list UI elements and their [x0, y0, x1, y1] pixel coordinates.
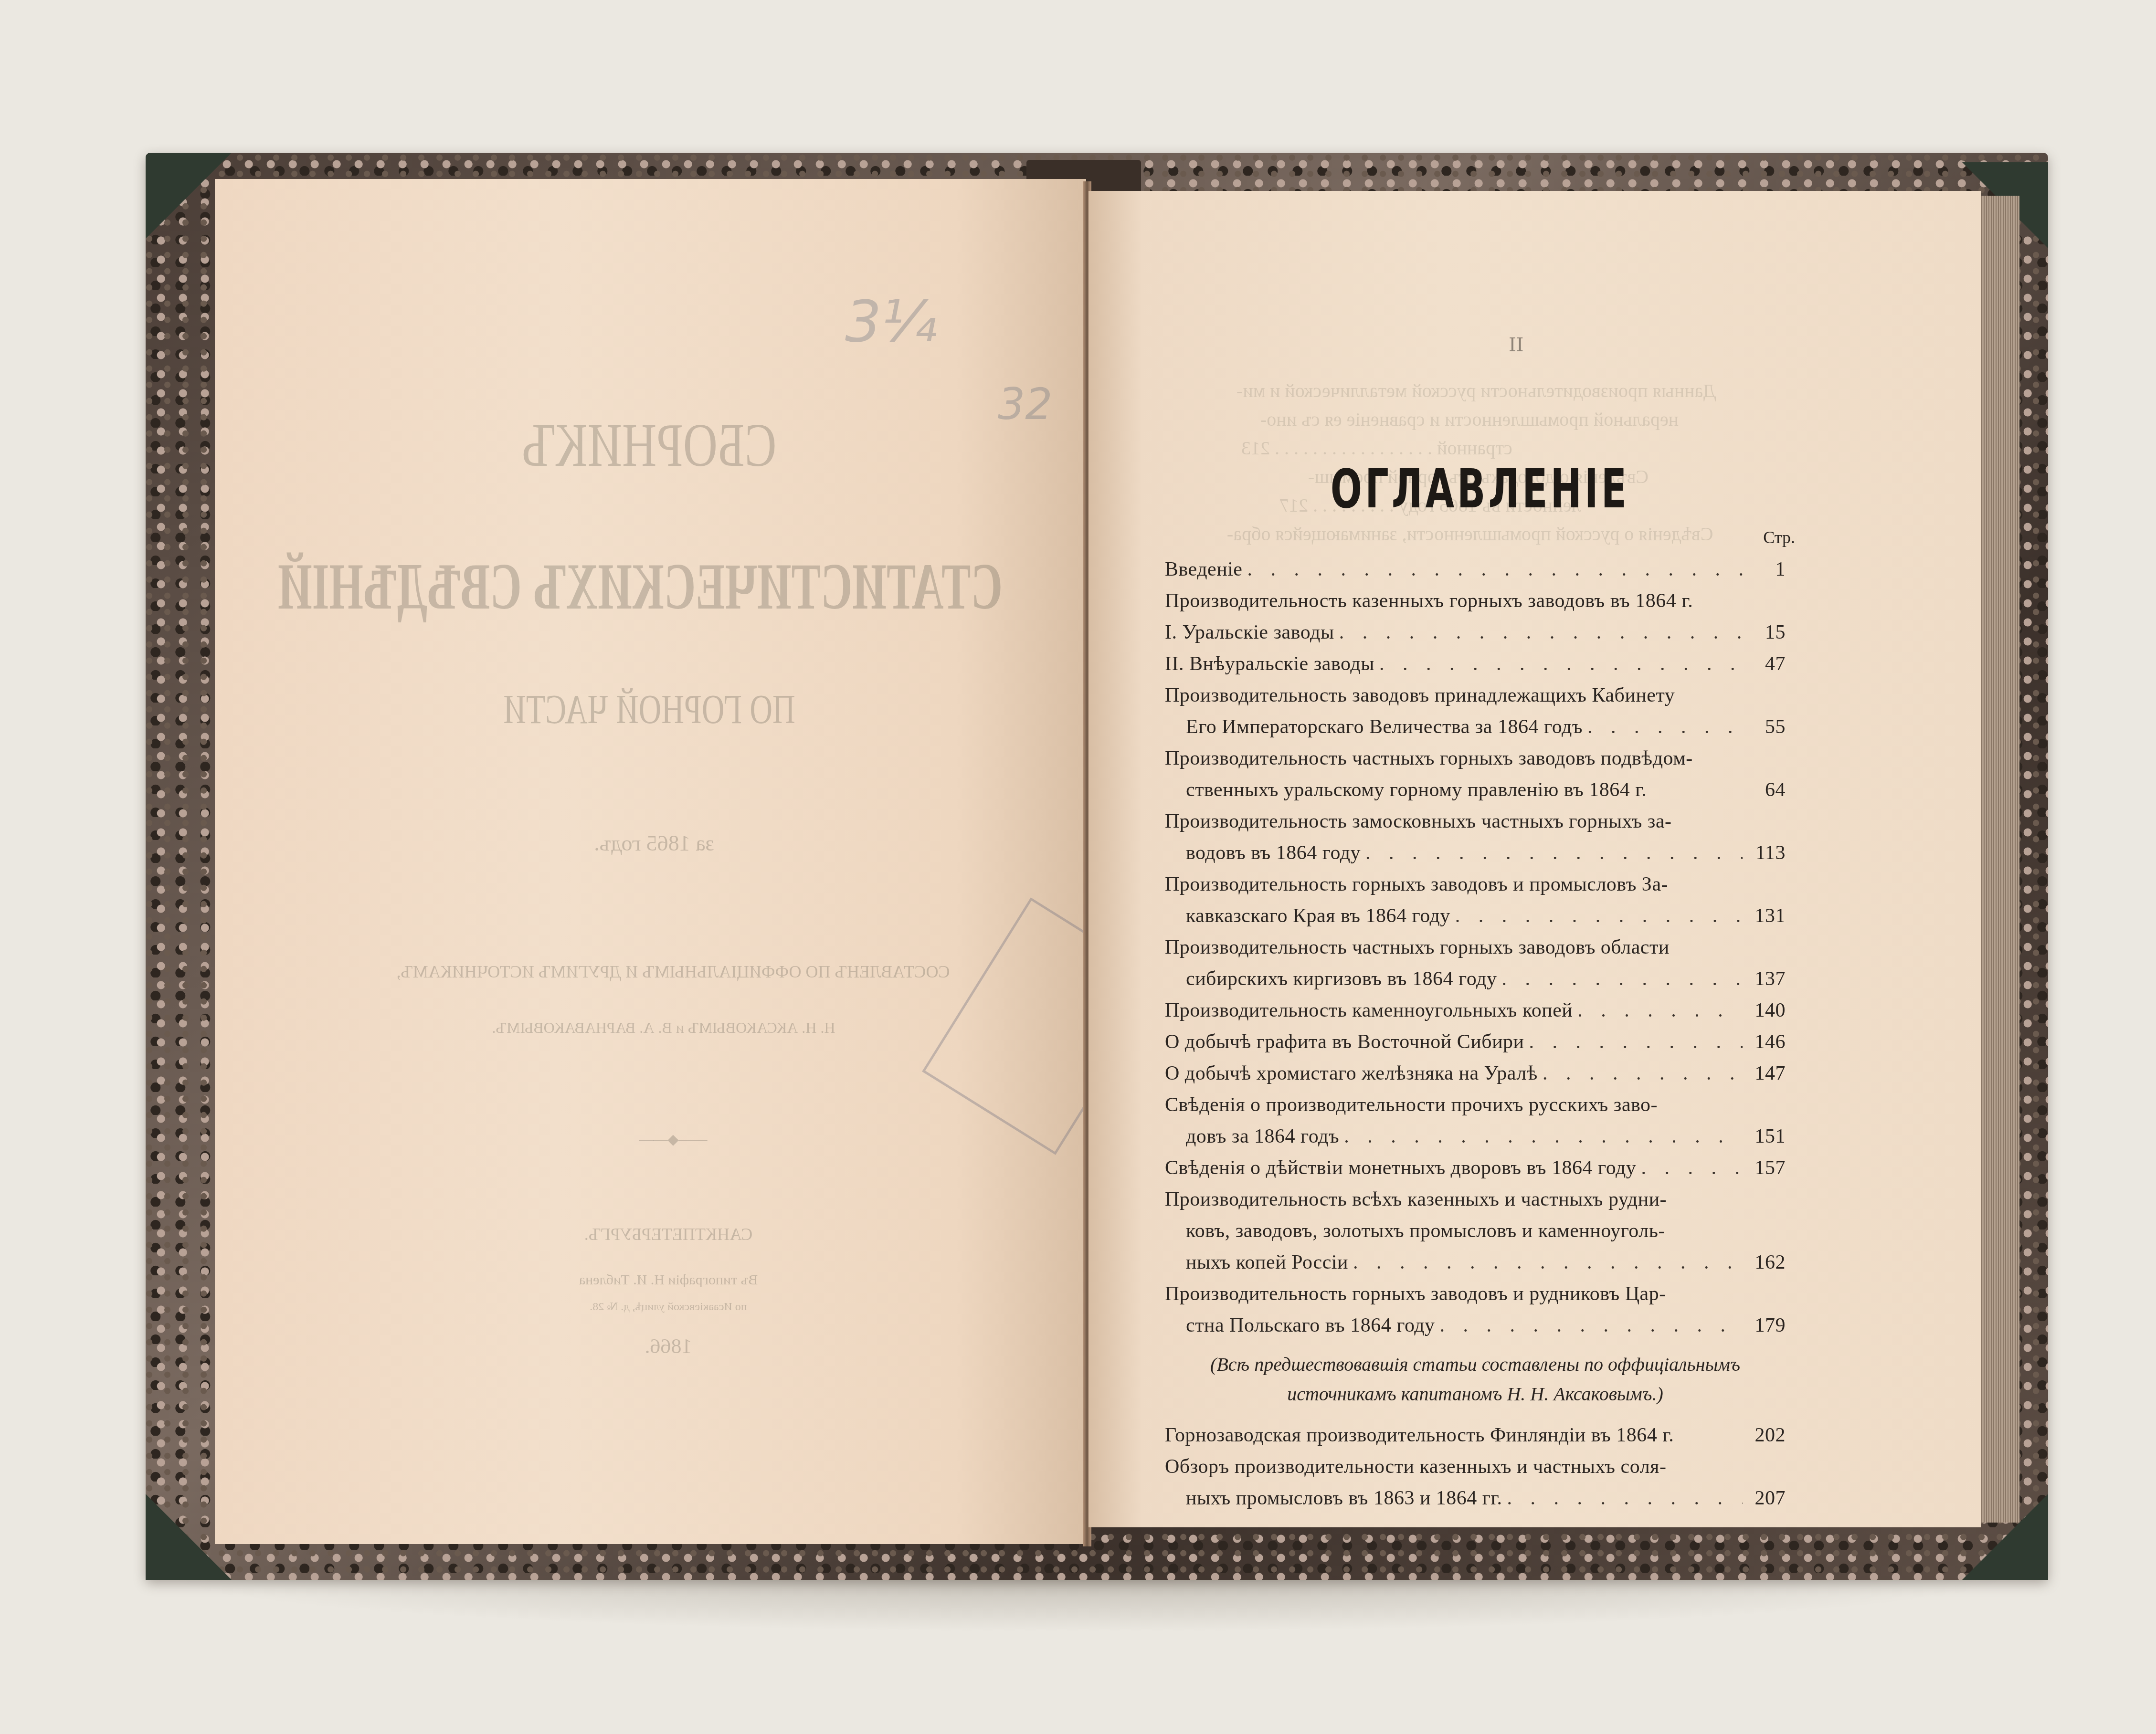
show-through-year: 1866.	[616, 1334, 721, 1358]
toc-entry: сибирскихъ киргизовъ въ 1864 году137	[1165, 963, 1786, 995]
toc-entry: Производительность горныхъ заводовъ и ру…	[1165, 1278, 1786, 1310]
table-of-contents: Данныя производительности русской металл…	[1165, 191, 1795, 1527]
page-number: II	[1509, 334, 1524, 356]
toc-entry: Производительность казенныхъ горныхъ зав…	[1165, 585, 1786, 617]
toc-entry: ственныхъ уральскому горному правленію в…	[1165, 774, 1786, 806]
toc-entries: Введеніе1 Производительность казенныхъ г…	[1165, 554, 1786, 1514]
toc-entry: Его Императорскаго Величества за 1864 го…	[1165, 711, 1786, 743]
note-line: (Всѣ предшествовавшія статьи составлены …	[1165, 1350, 1786, 1379]
handwritten-mark: 32	[998, 379, 1053, 430]
toc-entry: Производительность частныхъ горныхъ заво…	[1165, 743, 1786, 774]
toc-entry: Производительность каменноугольныхъ копе…	[1165, 995, 1786, 1026]
handwritten-mark: 3¼	[845, 289, 937, 355]
show-through-line: странной . . . . . . . . . . . . . . . .…	[1241, 437, 1512, 459]
toc-entry: Производительность замосковныхъ частныхъ…	[1165, 806, 1786, 837]
toc-entry: О добычѣ графита въ Восточной Сибири146	[1165, 1026, 1786, 1058]
toc-entry: кавказскаго Края въ 1864 году131	[1165, 900, 1786, 932]
toc-entry: ковъ, заводовъ, золотыхъ промысловъ и ка…	[1165, 1215, 1786, 1247]
toc-entry: стна Польскаго въ 1864 году179	[1165, 1310, 1786, 1341]
show-through-printer: Въ типографіи Н. И. Тиблена	[530, 1272, 807, 1288]
toc-entry: Введеніе1	[1165, 554, 1786, 585]
show-through-line: за 1865 годъ.	[539, 830, 769, 856]
toc-entry: водовъ въ 1864 году113	[1165, 837, 1786, 869]
toc-entry: ныхъ копей Россіи162	[1165, 1247, 1786, 1278]
authorship-note: (Всѣ предшествовавшія статьи составлены …	[1165, 1341, 1786, 1419]
toc-entry: Производительность заводовъ принадлежащи…	[1165, 680, 1786, 711]
show-through-address: по Исаакіевской улицѣ, д. № 28.	[549, 1301, 788, 1314]
show-through-subtitle: СТАТИСТИЧЕСКИХЪ СВѢДѢНІЙ	[325, 548, 1003, 624]
left-page: 3¼ 32 СБОРНИКЪ СТАТИСТИЧЕСКИХЪ СВѢДѢНІЙ …	[215, 179, 1086, 1544]
toc-entry: Производительность горныхъ заводовъ и пр…	[1165, 869, 1786, 900]
toc-entry: Горнозаводская производительность Финлян…	[1165, 1419, 1786, 1451]
toc-entry: Свѣденія о дѣйствіи монетныхъ дворовъ въ…	[1165, 1152, 1786, 1184]
page-edges	[1981, 196, 2019, 1523]
toc-title: ОГЛАВЛЕНІЕ	[1165, 458, 1795, 521]
note-line: источникамъ капитаномъ Н. Н. Аксаковымъ.…	[1165, 1379, 1786, 1409]
show-through-line: Данныя производительности русской металл…	[1237, 379, 1716, 402]
toc-entry: довъ за 1864 годъ151	[1165, 1121, 1786, 1152]
toc-entry: II. Внѣуральскіе заводы47	[1165, 648, 1786, 680]
show-through-city: САНКТПЕТЕРБУРГЪ.	[559, 1224, 778, 1244]
toc-entry: I. Уральскіе заводы15	[1165, 617, 1786, 648]
show-through-title: СБОРНИКЪ	[482, 410, 816, 481]
show-through-line: ПО ГОРНОЙ ЧАСТИ	[468, 687, 831, 734]
show-through-line: неральной промышленности и сравненіе ея …	[1260, 408, 1679, 431]
toc-entry: Производительность всѣхъ казенныхъ и час…	[1165, 1184, 1786, 1215]
toc-entry: Обзоръ производительности казенныхъ и ча…	[1165, 1451, 1786, 1482]
toc-entry: О добычѣ хромистаго желѣзняка на Уралѣ14…	[1165, 1058, 1786, 1089]
show-through-line: Свѣденія о русской промышленности, заним…	[1227, 523, 1713, 545]
show-through-line: Н. Н. АКСАКОВЫМЪ и В. А. ВАРНАВАКОВЫМЪ.	[449, 1019, 878, 1037]
toc-entry: ныхъ промысловъ въ 1863 и 1864 гг.207	[1165, 1482, 1786, 1514]
show-through-line: СОСТАВЛЕНЪ ПО ОФФИЦІАЛЬНЫМЪ И ДРУГИМЪ ИС…	[391, 962, 955, 982]
toc-entry: Свѣденія о производительности прочихъ ру…	[1165, 1089, 1786, 1121]
page-column-label: Стр.	[1763, 527, 1795, 547]
toc-entry: Производительность частныхъ горныхъ заво…	[1165, 932, 1786, 963]
show-through-ornament: ——◆——	[597, 1131, 750, 1148]
